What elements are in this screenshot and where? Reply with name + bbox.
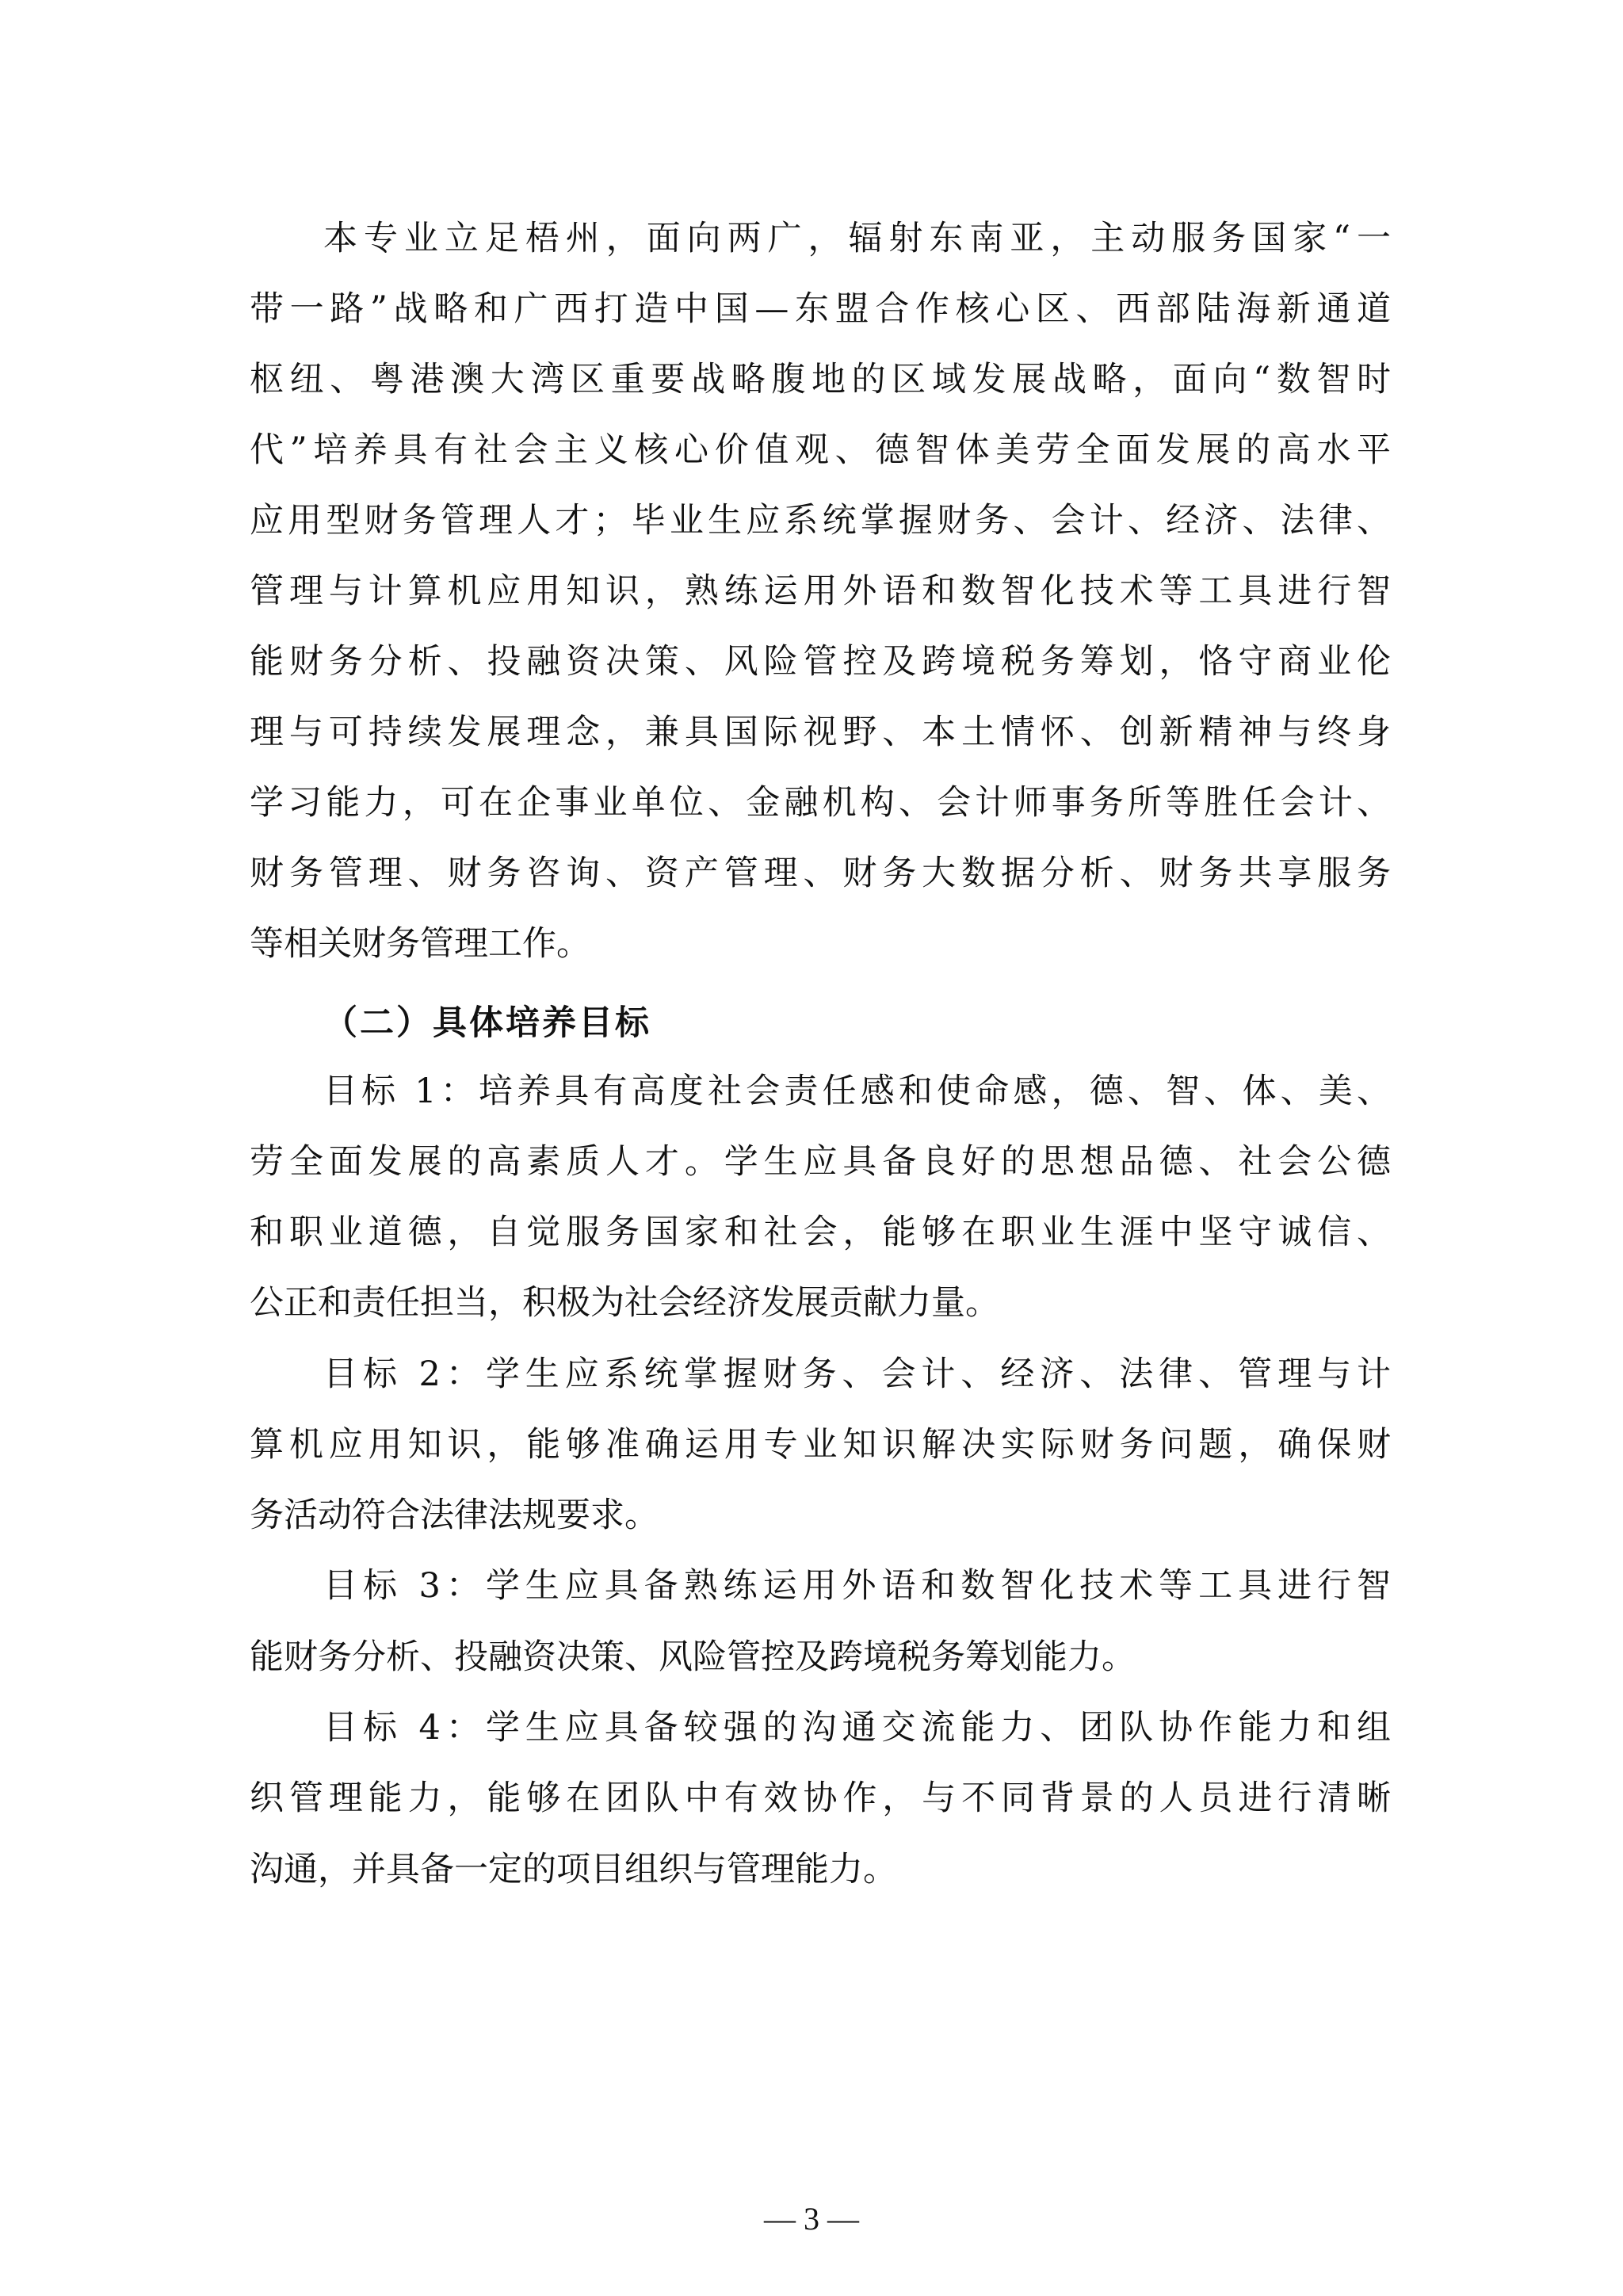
intro-line-1: 本专业立足梧州，面向两广，辐射东南亚，主动服务国家“一 (323, 215, 1391, 262)
goal-1-line-4: 公正和责任担当，积极为社会经济发展贡献力量。 (250, 1279, 1391, 1327)
page-number: — 3 — (0, 2195, 1623, 2243)
goal-3-line-2: 能财务分析、投融资决策、风险管控及跨境税务筹划能力。 (250, 1633, 1391, 1681)
intro-line-7: 能财务分析、投融资决策、风险管控及跨境税务筹划，恪守商业伦 (250, 638, 1391, 686)
intro-line-6: 管理与计算机应用知识，熟练运用外语和数智化技术等工具进行智 (250, 567, 1391, 615)
goal-2-line-3: 务活动符合法律法规要求。 (250, 1492, 1391, 1539)
goal-4-line-1: 目标 4：学生应具备较强的沟通交流能力、团队协作能力和组 (323, 1704, 1391, 1752)
goal-4-line-3: 沟通，并具备一定的项目组织与管理能力。 (250, 1846, 1391, 1893)
intro-line-5: 应用型财务管理人才；毕业生应系统掌握财务、会计、经济、法律、 (250, 497, 1391, 544)
goal-1-line-3: 和职业道德，自觉服务国家和社会，能够在职业生涯中坚守诚信、 (250, 1209, 1391, 1256)
intro-line-11: 等相关财务管理工作。 (250, 920, 1391, 968)
goal-1-line-2: 劳全面发展的高素质人才。学生应具备良好的思想品德、社会公德 (250, 1138, 1391, 1186)
intro-line-3: 枢纽、粤港澳大湾区重要战略腹地的区域发展战略，面向“数智时 (250, 356, 1391, 403)
goal-4-line-2: 织管理能力，能够在团队中有效协作，与不同背景的人员进行清晰 (250, 1775, 1391, 1822)
intro-line-2: 带一路”战略和广西打造中国—东盟合作核心区、西部陆海新通道 (250, 285, 1391, 333)
goal-2-line-2: 算机应用知识，能够准确运用专业知识解决实际财务问题，确保财 (250, 1421, 1391, 1469)
document-page: 本专业立足梧州，面向两广，辐射东南亚，主动服务国家“一 带一路”战略和广西打造中… (0, 0, 1623, 2296)
goal-1-line-1: 目标 1：培养具有高度社会责任感和使命感，德、智、体、美、 (323, 1068, 1391, 1115)
intro-line-10: 财务管理、财务咨询、资产管理、财务大数据分析、财务共享服务 (250, 850, 1391, 897)
goal-2-line-1: 目标 2：学生应系统掌握财务、会计、经济、法律、管理与计 (323, 1350, 1391, 1398)
intro-line-9: 学习能力，可在企事业单位、金融机构、会计师事务所等胜任会计、 (250, 779, 1391, 827)
intro-line-8: 理与可持续发展理念，兼具国际视野、本土情怀、创新精神与终身 (250, 709, 1391, 756)
goal-3-line-1: 目标 3：学生应具备熟练运用外语和数智化技术等工具进行智 (323, 1562, 1391, 1610)
section-heading: （二）具体培养目标 (323, 999, 651, 1047)
intro-line-4: 代”培养具有社会主义核心价值观、德智体美劳全面发展的高水平 (250, 426, 1391, 474)
